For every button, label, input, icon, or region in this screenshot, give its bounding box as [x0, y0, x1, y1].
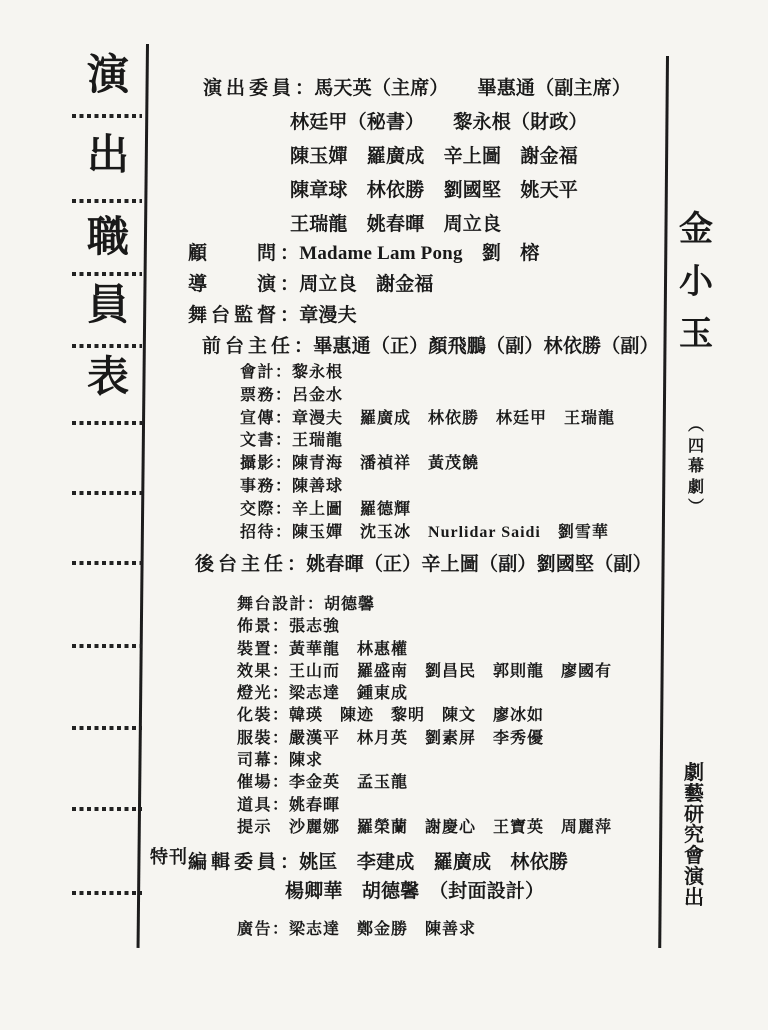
- role-names: 周立良 謝金福: [299, 274, 433, 295]
- role-label: 催場: [237, 774, 272, 791]
- role-names: 姚春暉（正）辛上圖（副）劉國堅（副）: [306, 554, 652, 575]
- colon: ：: [272, 641, 289, 658]
- special-issue-prefix: 特刊: [150, 843, 188, 872]
- colon: ：: [275, 387, 292, 404]
- director-row: 導 演：周立良 謝金福: [188, 269, 659, 300]
- role-label: 導 演: [188, 274, 280, 295]
- role-names: 韓瑛 陳迹 黎明 陳文 廖冰如: [289, 707, 544, 724]
- sidebar-title-char: 員: [82, 284, 134, 328]
- role-label: 招待: [240, 524, 275, 541]
- role-names: 陳青海 潘禎祥 黃茂饒: [292, 455, 479, 472]
- stage-manager-row: 舞台監督：章漫夫: [188, 300, 659, 331]
- crew-row: 攝影：陳青海 潘禎祥 黃茂饒: [240, 453, 615, 476]
- role-names: 畢惠通（正）顏飛鵬（副）林依勝（副）: [313, 336, 659, 357]
- act-note-char: 四: [688, 437, 704, 458]
- role-label: 佈景: [237, 618, 272, 635]
- role-names: 沙麗娜 羅榮蘭 謝慶心 王寶英 周麗萍: [289, 819, 612, 836]
- crew-row: 裝置：黃華龍 林惠權: [237, 639, 612, 661]
- role-label: 廣告: [237, 921, 272, 938]
- dashed-divider: [72, 421, 142, 425]
- role-label: 攝影: [240, 455, 275, 472]
- crew-row: 道具：姚春暉: [237, 795, 612, 817]
- role-names: 嚴漢平 林月英 劉素屏 李秀優: [289, 730, 544, 747]
- adviser-row: 顧 問：Madame Lam Pong 劉 榕: [188, 238, 659, 269]
- sidebar-title-char: 出: [82, 134, 134, 178]
- role-names: 黎永根: [292, 364, 343, 381]
- role-label: 票務: [240, 387, 275, 404]
- role-label: 後台主任: [195, 554, 287, 575]
- role-label: 前台主任: [202, 336, 294, 357]
- program-page: 演 出 職 員 表 金 小 玉 ︵ 四 幕 劇 ︶ 劇 藝 研 究 會 演 出 …: [0, 0, 768, 1030]
- right-column-rule: [658, 56, 668, 948]
- crew-row: 舞台設計：胡德馨: [237, 594, 612, 616]
- colon: ：: [272, 618, 289, 635]
- producer-char: 究: [684, 825, 704, 846]
- colon: ：: [280, 243, 299, 264]
- role-names: 梁志達 鍾東成: [289, 685, 408, 702]
- special-issue-header-row: 特刊編輯委員：姚匡 李建成 羅廣成 林依勝: [150, 848, 568, 877]
- spacer: [272, 819, 289, 836]
- committee-names: 馬天英（主席） 畢惠通（副主席）: [314, 78, 631, 99]
- crew-row: 佈景：張志強: [237, 616, 612, 638]
- front-crew-block: 會計：黎永根 票務：呂金水 宣傳：章漫夫 羅廣成 林依勝 林廷甲 王瑞龍 文書：…: [240, 362, 615, 544]
- role-names: 張志強: [289, 618, 340, 635]
- role-label: 文書: [240, 432, 275, 449]
- colon: ：: [275, 478, 292, 495]
- role-names: 李金英 孟玉龍: [289, 774, 408, 791]
- role-names: 章漫夫: [299, 305, 357, 326]
- colon: ：: [280, 852, 299, 873]
- producer-char: 研: [684, 805, 704, 826]
- act-note-char: 幕: [688, 457, 704, 478]
- colon: ：: [275, 524, 292, 541]
- colon: ：: [275, 410, 292, 427]
- producer-char: 會: [684, 846, 704, 867]
- producer-char: 出: [684, 888, 704, 909]
- role-names: 姚春暉: [289, 797, 340, 814]
- dashed-divider: [72, 561, 142, 565]
- colon: ：: [272, 752, 289, 769]
- role-names: 陳善球: [292, 478, 343, 495]
- colon: ：: [307, 596, 324, 613]
- dashed-divider: [72, 114, 142, 118]
- dashed-divider: [72, 272, 142, 276]
- crew-row: 會計：黎永根: [240, 362, 615, 385]
- role-names: Madame Lam Pong 劉 榕: [299, 243, 539, 264]
- colon: ：: [275, 501, 292, 518]
- colon: ：: [275, 364, 292, 381]
- crew-row: 宣傳：章漫夫 羅廣成 林依勝 林廷甲 王瑞龍: [240, 408, 615, 431]
- role-names: 姚匡 李建成 羅廣成 林依勝: [299, 852, 568, 873]
- back-crew-block: 舞台設計：胡德馨 佈景：張志強 裝置：黃華龍 林惠權 效果：王山而 羅盛南 劉昌…: [237, 594, 612, 839]
- role-label: 舞台監督: [188, 305, 280, 326]
- committee-names-row: 陳玉嬋 羅廣成 辛上圖 謝金福: [290, 140, 631, 174]
- role-label: 化裝: [237, 707, 272, 724]
- colon: ：: [272, 663, 289, 680]
- role-names: 梁志達 鄭金勝 陳善求: [289, 921, 476, 938]
- role-label: 宣傳: [240, 410, 275, 427]
- colon: ：: [272, 685, 289, 702]
- dashed-divider: [72, 344, 142, 348]
- act-note-char: 劇: [688, 478, 704, 499]
- crew-row-prompter: 提示 沙麗娜 羅榮蘭 謝慶心 王寶英 周麗萍: [237, 817, 612, 839]
- special-issue-names-row: 楊卿華 胡德馨 （封面設計）: [285, 877, 568, 906]
- dashed-divider: [72, 199, 142, 203]
- sidebar-title-char: 職: [82, 216, 134, 260]
- crew-row: 司幕：陳求: [237, 750, 612, 772]
- role-label: 會計: [240, 364, 275, 381]
- role-names: 黃華龍 林惠權: [289, 641, 408, 658]
- colon: ：: [287, 554, 306, 575]
- crew-row: 交際：辛上圖 羅德輝: [240, 499, 615, 522]
- committee-label: 演出委員: [203, 78, 295, 99]
- committee-block: 演出委員：馬天英（主席） 畢惠通（副主席） 林廷甲（秘書） 黎永根（財政） 陳玉…: [203, 72, 631, 242]
- role-label: 顧 問: [188, 243, 280, 264]
- sidebar-title-char: 表: [82, 356, 134, 400]
- dashed-divider: [72, 807, 142, 811]
- act-note-char: ︶: [688, 498, 704, 519]
- advertising-row: 廣告：梁志達 鄭金勝 陳善求: [237, 916, 476, 939]
- colon: ：: [272, 730, 289, 747]
- backstage-head-row: 後台主任：姚春暉（正）辛上圖（副）劉國堅（副）: [195, 551, 652, 579]
- colon: ：: [272, 921, 289, 938]
- role-label: 事務: [240, 478, 275, 495]
- committee-names-row: 陳章球 林依勝 劉國堅 姚天平: [290, 174, 631, 208]
- crew-row: 效果：王山而 羅盛南 劉昌民 郭則龍 廖國有: [237, 661, 612, 683]
- committee-names-row: 林廷甲（秘書） 黎永根（財政）: [290, 106, 631, 140]
- role-label: 編輯委員: [188, 852, 280, 873]
- role-names: 王山而 羅盛南 劉昌民 郭則龍 廖國有: [289, 663, 612, 680]
- role-label: 交際: [240, 501, 275, 518]
- crew-row: 燈光：梁志達 鍾東成: [237, 683, 612, 705]
- officers-block: 顧 問：Madame Lam Pong 劉 榕 導 演：周立良 謝金福 舞台監督…: [188, 238, 659, 362]
- dashed-divider: [72, 491, 142, 495]
- colon: ：: [272, 707, 289, 724]
- role-label: 司幕: [237, 752, 272, 769]
- role-names: 呂金水: [292, 387, 343, 404]
- crew-row: 催場：李金英 孟玉龍: [237, 772, 612, 794]
- act-note-char: ︵: [688, 416, 704, 437]
- role-label: 舞台設計: [237, 596, 307, 613]
- colon: ：: [294, 336, 313, 357]
- crew-row: 文書：王瑞龍: [240, 430, 615, 453]
- crew-row: 票務：呂金水: [240, 385, 615, 408]
- left-column-rule: [137, 44, 149, 948]
- role-label: 燈光: [237, 685, 272, 702]
- colon: ：: [280, 274, 299, 295]
- committee-header-row: 演出委員：馬天英（主席） 畢惠通（副主席）: [203, 72, 631, 106]
- sidebar-title-char: 演: [82, 54, 134, 98]
- dashed-divider: [72, 726, 142, 730]
- play-title-char: 玉: [676, 317, 716, 353]
- producer-char: 演: [684, 867, 704, 888]
- role-names: 辛上圖 羅德輝: [292, 501, 411, 518]
- colon: ：: [275, 455, 292, 472]
- role-names: 王瑞龍: [292, 432, 343, 449]
- role-label: 服裝: [237, 730, 272, 747]
- role-names: 胡德馨: [324, 596, 375, 613]
- producer-char: 劇: [684, 763, 704, 784]
- act-note: ︵ 四 幕 劇 ︶: [678, 416, 714, 519]
- play-title-char: 金: [676, 212, 716, 248]
- crew-row: 招待：陳玉嬋 沈玉冰 Nurlidar Saidi 劉雪華: [240, 522, 615, 545]
- colon: ：: [272, 774, 289, 791]
- dashed-divider: [72, 644, 142, 648]
- role-names: 陳求: [289, 752, 323, 769]
- dashed-divider: [72, 891, 142, 895]
- play-title-char: 小: [676, 265, 716, 301]
- colon: ：: [272, 797, 289, 814]
- committee-names-row: 王瑞龍 姚春暉 周立良: [290, 208, 631, 242]
- colon: ：: [280, 305, 299, 326]
- colon: ：: [295, 78, 314, 99]
- role-names: 章漫夫 羅廣成 林依勝 林廷甲 王瑞龍: [292, 410, 615, 427]
- producer-credit: 劇 藝 研 究 會 演 出: [672, 763, 716, 909]
- role-label: 效果: [237, 663, 272, 680]
- crew-row: 化裝：韓瑛 陳迹 黎明 陳文 廖冰如: [237, 705, 612, 727]
- colon: ：: [275, 432, 292, 449]
- crew-row: 事務：陳善球: [240, 476, 615, 499]
- role-label: 提示: [237, 819, 272, 836]
- role-label: 裝置: [237, 641, 272, 658]
- crew-row: 服裝：嚴漢平 林月英 劉素屏 李秀優: [237, 728, 612, 750]
- role-label: 道具: [237, 797, 272, 814]
- producer-char: 藝: [684, 784, 704, 805]
- special-issue-block: 特刊編輯委員：姚匡 李建成 羅廣成 林依勝 楊卿華 胡德馨 （封面設計）: [150, 848, 568, 906]
- front-house-head-row: 前台主任：畢惠通（正）顏飛鵬（副）林依勝（副）: [202, 331, 659, 362]
- role-names: 陳玉嬋 沈玉冰 Nurlidar Saidi 劉雪華: [292, 524, 609, 541]
